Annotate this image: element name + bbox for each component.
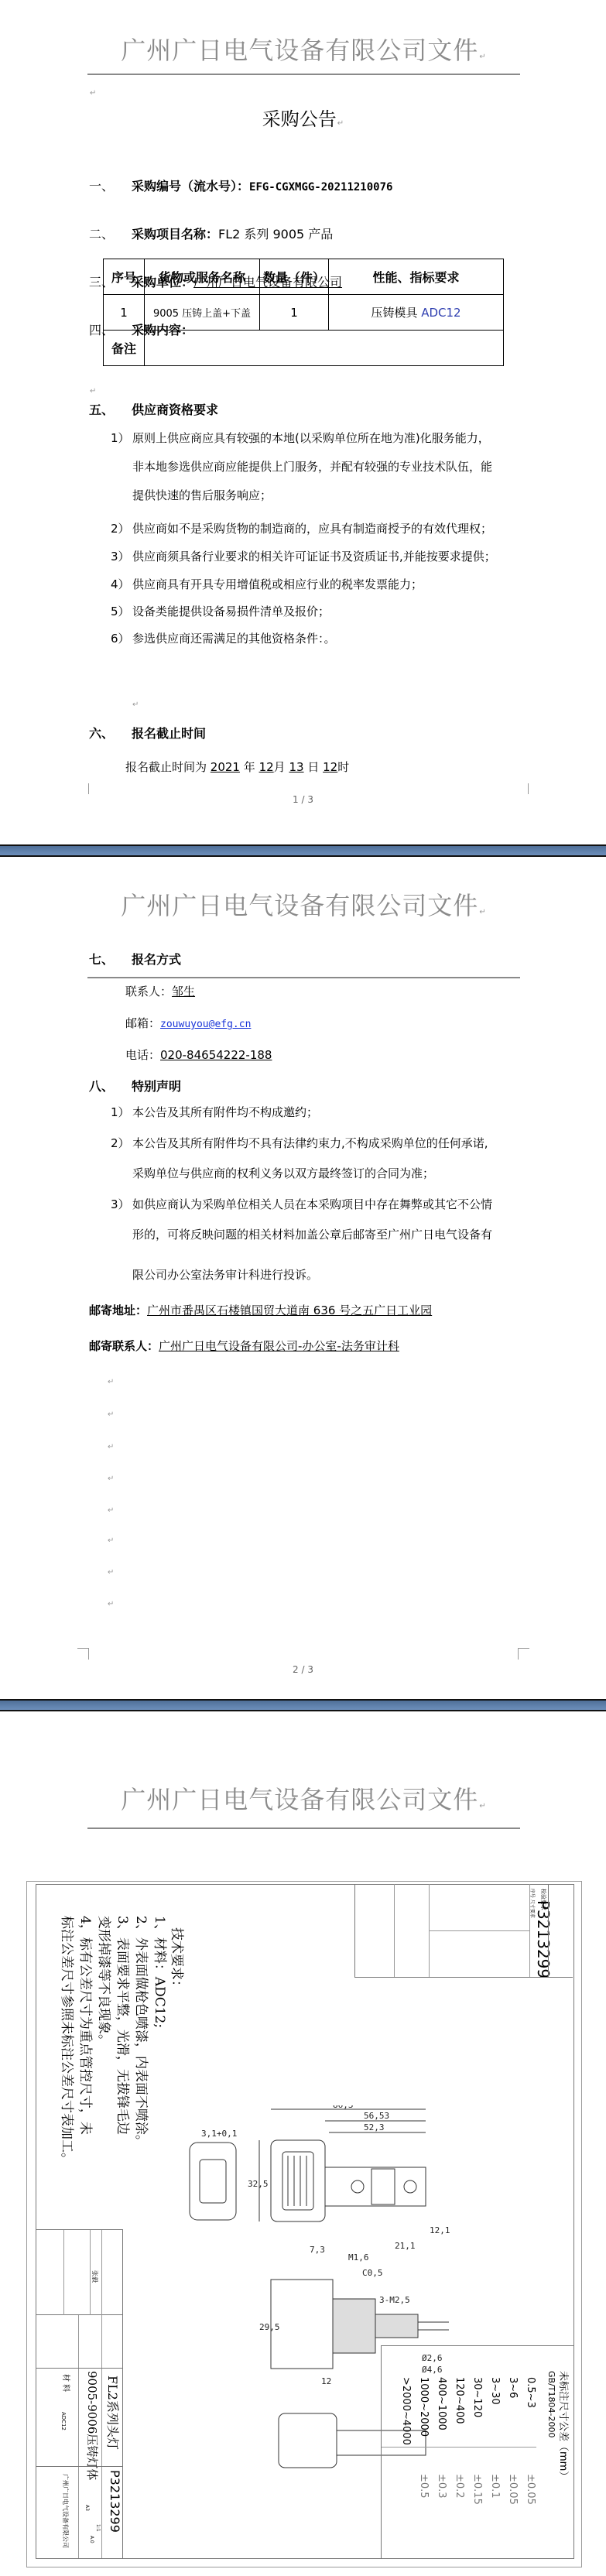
section-5-heading: 五、供应商资格要求 — [89, 400, 218, 418]
svg-text:12,1: 12,1 — [430, 2225, 450, 2235]
page-separator-1 — [0, 844, 606, 857]
title-block: FL2系列头灯 9005-9006压铸灯体 材 料 ADC12 P3213299… — [36, 2314, 123, 2558]
page-number-2: 2 / 3 — [0, 1664, 606, 1675]
document-header-3: 广州广日电气设备有限公司文件↵ — [87, 1780, 520, 1816]
svg-text:21,1: 21,1 — [395, 2241, 416, 2251]
qualification-item-2: 2）供应商如不是采购货物的制造商的，应具有制造商授予的有效代理权； — [111, 520, 492, 536]
page-title: 采购公告↵ — [0, 104, 606, 131]
section-8-heading: 八、特别声明 — [89, 1077, 181, 1094]
page-number-1: 1 / 3 — [0, 794, 606, 805]
email-link[interactable]: zouwuyou@efg.cn — [160, 1019, 251, 1030]
header-title: 广州广日电气设备有限公司文件 — [121, 36, 478, 65]
mail-address: 邮寄地址：广州市番禺区石楼镇国贸大道南 636 号之五广日工业园 — [89, 1302, 432, 1318]
col-header-no: 序号 — [104, 259, 145, 295]
table-remark-row: 备注 — [104, 331, 504, 366]
svg-text:56,53: 56,53 — [364, 2111, 389, 2121]
table-header-row: 序号 货物或服务名称 数量（件） 性能、指标要求 — [104, 259, 504, 295]
product-series: FL2系列头灯 — [104, 2376, 122, 2450]
contact-person: 联系人：邹生 — [125, 983, 195, 999]
material: ADC12 — [60, 2412, 67, 2430]
header-divider-3 — [87, 1828, 520, 1829]
qualification-item-5: 5）设备类能提供设备易损件清单及报价； — [111, 603, 330, 619]
col-header-name: 货物或服务名称 — [145, 259, 260, 295]
header-divider — [87, 74, 520, 75]
tolerance-table: 未标注尺寸公差（mm） GB/T1804-2000 0.5~3 ±0.05 3~… — [381, 2345, 573, 2558]
requirements-table: 序号 货物或服务名称 数量（件） 性能、指标要求 1 9005 压铸上盖+下盖 … — [103, 259, 504, 366]
statement-item-2: 2）本公告及其所有附件均不具有法律约束力,不构成采购单位的任何承诺, — [111, 1135, 488, 1151]
svg-text:86,3: 86,3 — [333, 2105, 354, 2110]
contact-email: 邮箱：zouwuyou@efg.cn — [125, 1015, 251, 1031]
mail-contact: 邮寄联系人：广州广日电气设备有限公司-办公室-法务审计科 — [89, 1338, 399, 1354]
header-divider-2 — [87, 977, 520, 978]
company-name: 广州广日电气设备有限公司 — [61, 2474, 70, 2548]
svg-text:12: 12 — [321, 2376, 331, 2386]
qualification-item-1: 1）原则上供应商应具有较强的本地(以采购单位所在地为准)化服务能力， — [111, 430, 490, 446]
svg-text:32,5: 32,5 — [248, 2179, 269, 2189]
svg-text:29,5: 29,5 — [259, 2322, 280, 2332]
statement-item-1: 1）本公告及其所有附件均不构成邀约； — [111, 1104, 318, 1120]
page-1: 广州广日电气设备有限公司文件↵ ↵ 采购公告↵ 一、采购编号（流水号）：EFG-… — [0, 0, 606, 844]
qualification-item-4: 4）供应商具有开具专用增值税或相应行业的税率发票能力； — [111, 576, 423, 592]
project-name: FL2 系列 9005 产品 — [218, 227, 333, 241]
procurement-number: EFG-CGXMGG-20211210076 — [249, 181, 392, 194]
qualification-item-3: 3）供应商须具备行业要求的相关许可证证书及资质证书,并能按要求提供； — [111, 548, 496, 564]
inspection-table: 检验要求 序号 尺寸要求 — [354, 1884, 549, 1978]
deadline-text: 报名截止时间为 2021 年 12月 13 日 12时 — [125, 759, 349, 775]
title-block-drawing-number: P3213299 — [108, 2470, 122, 2533]
statement-item-3: 3）如供应商认为采购单位相关人员在本采购项目中存在舞弊或其它不公情 — [111, 1196, 492, 1212]
document-header: 广州广日电气设备有限公司文件↵ — [87, 31, 520, 67]
tech-requirements-title: 技术要求： — [167, 1927, 186, 1993]
svg-text:C0,5: C0,5 — [362, 2268, 383, 2278]
section-2: 二、采购项目名称：FL2 系列 9005 产品 — [89, 224, 333, 242]
col-header-qty: 数量（件） — [260, 259, 329, 295]
svg-text:M1,6: M1,6 — [348, 2252, 369, 2263]
document-header-2: 广州广日电气设备有限公司文件↵ — [87, 886, 520, 922]
revision-block: 张毅 — [36, 2229, 123, 2315]
svg-text:52,3: 52,3 — [364, 2122, 385, 2132]
page-separator-2 — [0, 1699, 606, 1711]
svg-text:7,3: 7,3 — [310, 2245, 325, 2255]
part-name: 9005-9006压铸灯体 — [84, 2371, 101, 2480]
section-6-heading: 六、报名截止时间 — [89, 724, 206, 742]
table-row: 1 9005 压铸上盖+下盖 1 压铸模具 ADC12 — [104, 295, 504, 331]
qualification-item-6: 6）参选供应商还需满足的其他资格条件：。 — [111, 630, 336, 646]
col-header-spec: 性能、指标要求 — [329, 259, 504, 295]
svg-text:3,1+0,1: 3,1+0,1 — [201, 2129, 237, 2139]
contact-phone: 电话：020-84654222-188 — [125, 1046, 272, 1063]
section-7-heading: 七、报名方式 — [89, 950, 181, 968]
svg-text:3-M2,5: 3-M2,5 — [379, 2295, 410, 2305]
section-1: 一、采购编号（流水号）：EFG-CGXMGG-20211210076 — [89, 176, 392, 194]
